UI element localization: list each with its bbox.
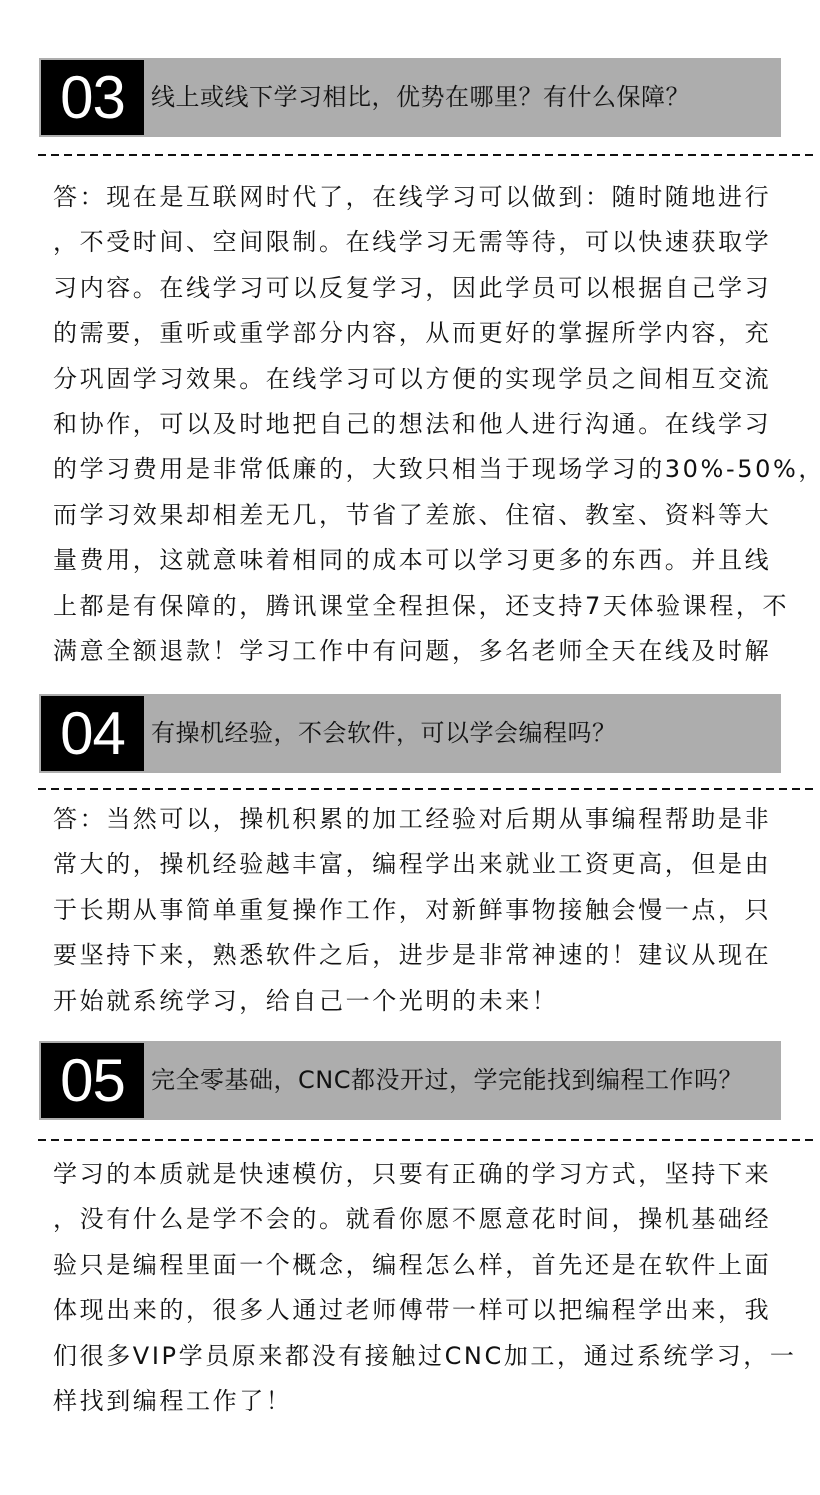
answer-line: 满意全额退款！学习工作中有问题，多名老师全天在线及时解 [53, 629, 793, 674]
answer-line: 答：现在是互联网时代了，在线学习可以做到：随时随地进行 [53, 175, 793, 220]
dashed-divider [38, 154, 816, 156]
question-number: 05 [41, 1043, 144, 1118]
answer-line: 和协作，可以及时地把自己的想法和他人进行沟通。在线学习 [53, 402, 793, 447]
answer-block-04: 答：当然可以，操机积累的加工经验对后期从事编程帮助是非 常大的，操机经验越丰富，… [53, 797, 793, 1024]
answer-block-03: 答：现在是互联网时代了，在线学习可以做到：随时随地进行 ，不受时间、空间限制。在… [53, 175, 793, 674]
answer-line: 常大的，操机经验越丰富，编程学出来就业工资更高，但是由 [53, 842, 793, 887]
answer-line: 上都是有保障的，腾讯课堂全程担保，还支持7天体验课程，不 [53, 584, 793, 629]
question-title: 有操机经验，不会软件，可以学会编程吗？ [151, 694, 617, 773]
question-title: 完全零基础，CNC都没开过，学完能找到编程工作吗？ [151, 1041, 743, 1120]
dashed-divider [38, 1139, 816, 1141]
answer-block-05: 学习的本质就是快速模仿，只要有正确的学习方式，坚持下来 ，没有什么是学不会的。就… [53, 1152, 793, 1424]
answer-line: 习内容。在线学习可以反复学习，因此学员可以根据自己学习 [53, 266, 793, 311]
question-number: 03 [41, 60, 144, 135]
answer-line: ，不受时间、空间限制。在线学习无需等待，可以快速获取学 [53, 220, 793, 265]
answer-line: 于长期从事简单重复操作工作，对新鲜事物接触会慢一点，只 [53, 888, 793, 933]
answer-line: 的学习费用是非常低廉的，大致只相当于现场学习的30%-50%， [53, 447, 793, 492]
answer-line: 体现出来的，很多人通过老师傅带一样可以把编程学出来，我 [53, 1288, 793, 1333]
answer-line: 验只是编程里面一个概念，编程怎么样，首先还是在软件上面 [53, 1243, 793, 1288]
answer-line: 样找到编程工作了！ [53, 1379, 793, 1424]
dashed-divider [38, 788, 816, 790]
answer-line: 要坚持下来，熟悉软件之后，进步是非常神速的！建议从现在 [53, 933, 793, 978]
answer-line: ，没有什么是学不会的。就看你愿不愿意花时间，操机基础经 [53, 1197, 793, 1242]
question-header-03: 03 线上或线下学习相比，优势在哪里？有什么保障？ [39, 58, 781, 137]
answer-line: 开始就系统学习，给自己一个光明的未来！ [53, 979, 793, 1024]
question-header-05: 05 完全零基础，CNC都没开过，学完能找到编程工作吗？ [39, 1041, 781, 1120]
answer-line: 答：当然可以，操机积累的加工经验对后期从事编程帮助是非 [53, 797, 793, 842]
answer-line: 量费用，这就意味着相同的成本可以学习更多的东西。并且线 [53, 538, 793, 583]
question-header-04: 04 有操机经验，不会软件，可以学会编程吗？ [39, 694, 781, 773]
answer-line: 学习的本质就是快速模仿，只要有正确的学习方式，坚持下来 [53, 1152, 793, 1197]
answer-line: 的需要，重听或重学部分内容，从而更好的掌握所学内容，充 [53, 311, 793, 356]
answer-line: 们很多VIP学员原来都没有接触过CNC加工，通过系统学习，一 [53, 1334, 793, 1379]
question-title: 线上或线下学习相比，优势在哪里？有什么保障？ [151, 58, 690, 137]
answer-line: 而学习效果却相差无几，节省了差旅、住宿、教室、资料等大 [53, 493, 793, 538]
answer-line: 分巩固学习效果。在线学习可以方便的实现学员之间相互交流 [53, 357, 793, 402]
question-number: 04 [41, 696, 144, 771]
